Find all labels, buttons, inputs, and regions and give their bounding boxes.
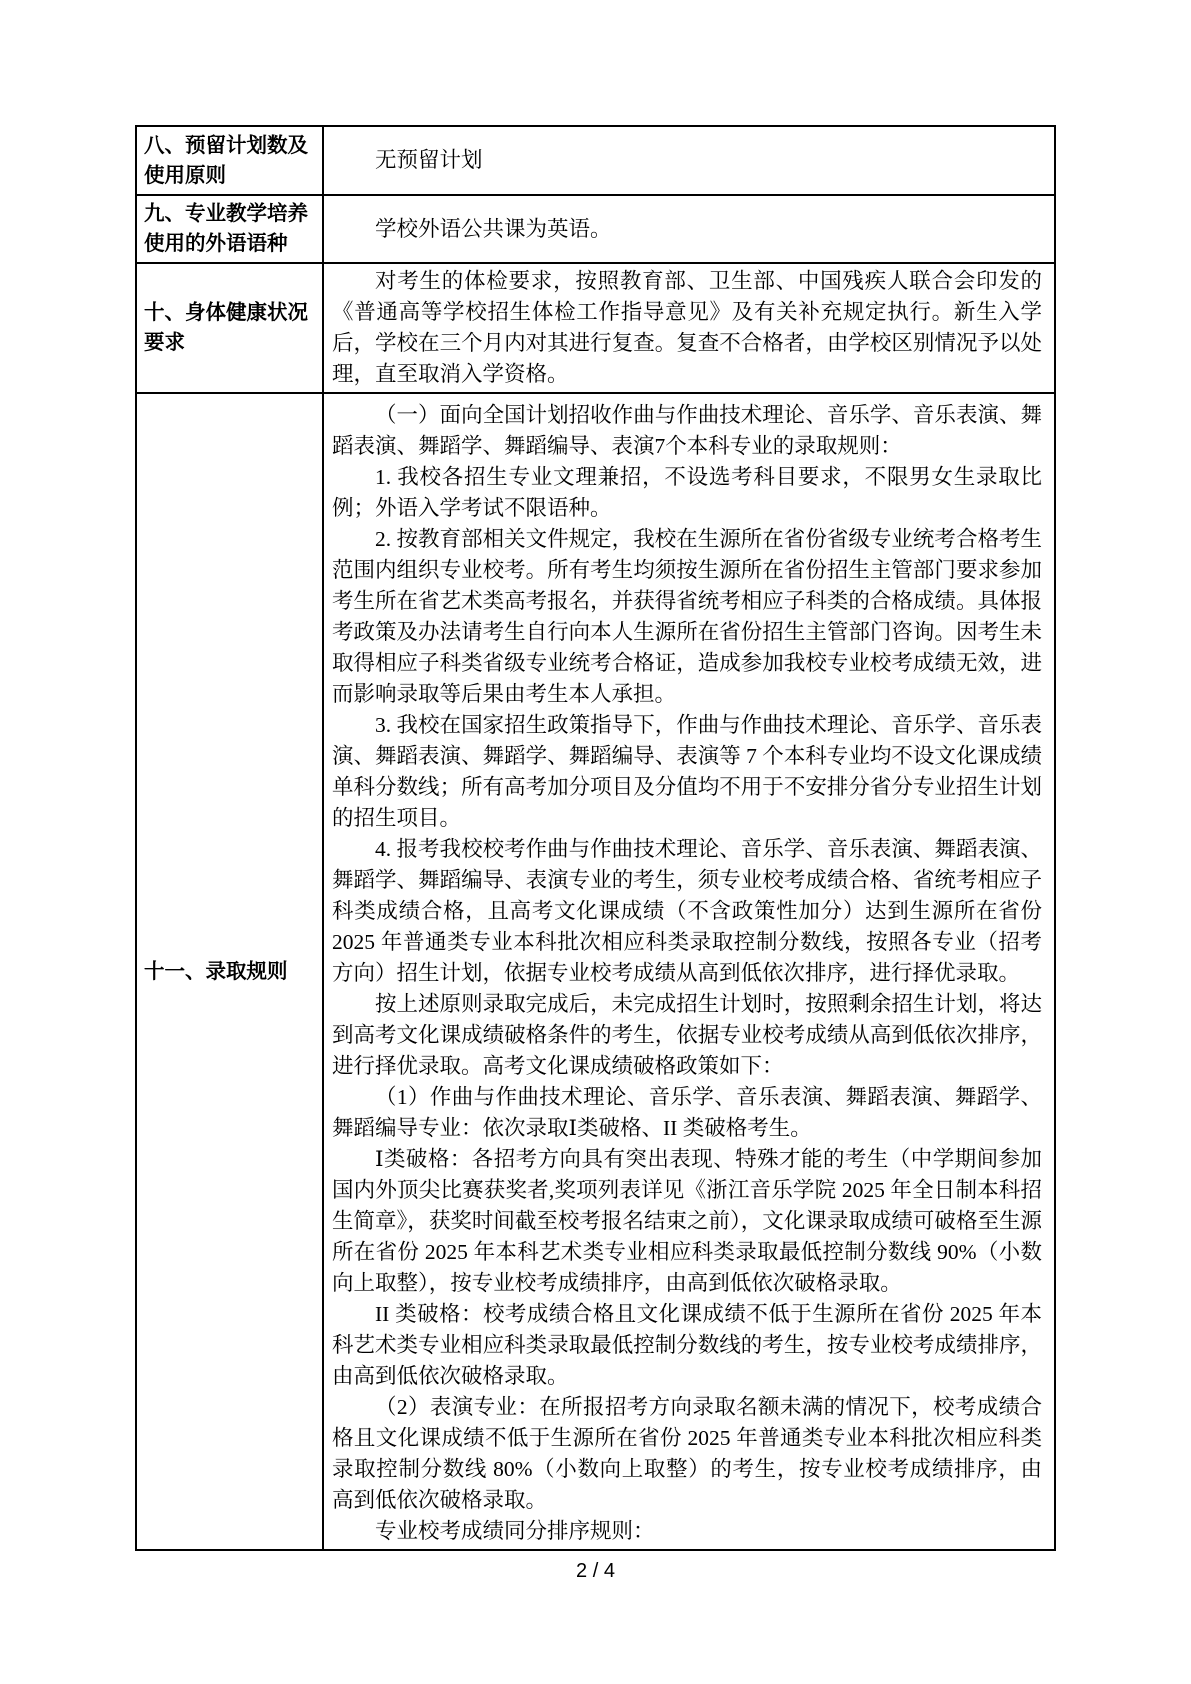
content-paragraph: Ⅰ类破格：各招考方向具有突出表现、特殊才能的考生（中学期间参加国内外顶尖比赛获奖…	[332, 1144, 1042, 1299]
document-page: 八、预留计划数及使用原则无预留计划九、专业教学培养使用的外语语种学校外语公共课为…	[0, 0, 1191, 1684]
row-content-cell: （一）面向全国计划招收作曲与作曲技术理论、音乐学、音乐表演、舞蹈表演、舞蹈学、舞…	[323, 393, 1055, 1550]
row-content-cell: 学校外语公共课为英语。	[323, 195, 1055, 263]
content-paragraph: 无预留计划	[332, 145, 1042, 176]
content-paragraph: 4. 报考我校校考作曲与作曲技术理论、音乐学、音乐表演、舞蹈表演、舞蹈学、舞蹈编…	[332, 834, 1042, 989]
content-paragraph: 1. 我校各招生专业文理兼招，不设选考科目要求，不限男女生录取比例；外语入学考试…	[332, 462, 1042, 524]
content-paragraph: 专业校考成绩同分排序规则：	[332, 1516, 1042, 1547]
page-number: 2 / 4	[0, 1560, 1191, 1583]
table-body: 八、预留计划数及使用原则无预留计划九、专业教学培养使用的外语语种学校外语公共课为…	[136, 126, 1055, 1550]
content-paragraph: （一）面向全国计划招收作曲与作曲技术理论、音乐学、音乐表演、舞蹈表演、舞蹈学、舞…	[332, 400, 1042, 462]
row-label: 八、预留计划数及使用原则	[136, 126, 323, 195]
table-row: 八、预留计划数及使用原则无预留计划	[136, 126, 1055, 195]
content-paragraph: （1）作曲与作曲技术理论、音乐学、音乐表演、舞蹈表演、舞蹈学、舞蹈编导专业：依次…	[332, 1082, 1042, 1144]
row-content-cell: 对考生的体检要求，按照教育部、卫生部、中国残疾人联合会印发的《普通高等学校招生体…	[323, 263, 1055, 393]
table-row: 十、身体健康状况要求对考生的体检要求，按照教育部、卫生部、中国残疾人联合会印发的…	[136, 263, 1055, 393]
row-label: 九、专业教学培养使用的外语语种	[136, 195, 323, 263]
row-content-cell: 无预留计划	[323, 126, 1055, 195]
row-label: 十、身体健康状况要求	[136, 263, 323, 393]
content-paragraph: 3. 我校在国家招生政策指导下，作曲与作曲技术理论、音乐学、音乐表演、舞蹈表演、…	[332, 710, 1042, 834]
content-paragraph: 2. 按教育部相关文件规定，我校在生源所在省份省级专业统考合格考生范围内组织专业…	[332, 524, 1042, 710]
content-paragraph: 学校外语公共课为英语。	[332, 214, 1042, 245]
content-paragraph: II 类破格：校考成绩合格且文化课成绩不低于生源所在省份 2025 年本科艺术类…	[332, 1299, 1042, 1392]
content-paragraph: 按上述原则录取完成后，未完成招生计划时，按照剩余招生计划，将达到高考文化课成绩破…	[332, 989, 1042, 1082]
content-paragraph: 对考生的体检要求，按照教育部、卫生部、中国残疾人联合会印发的《普通高等学校招生体…	[332, 266, 1042, 390]
content-paragraph: （2）表演专业：在所报招考方向录取名额未满的情况下，校考成绩合格且文化课成绩不低…	[332, 1392, 1042, 1516]
row-label: 十一、录取规则	[136, 393, 323, 1550]
admissions-rules-table: 八、预留计划数及使用原则无预留计划九、专业教学培养使用的外语语种学校外语公共课为…	[135, 125, 1056, 1551]
table-row: 九、专业教学培养使用的外语语种学校外语公共课为英语。	[136, 195, 1055, 263]
table-row: 十一、录取规则（一）面向全国计划招收作曲与作曲技术理论、音乐学、音乐表演、舞蹈表…	[136, 393, 1055, 1550]
